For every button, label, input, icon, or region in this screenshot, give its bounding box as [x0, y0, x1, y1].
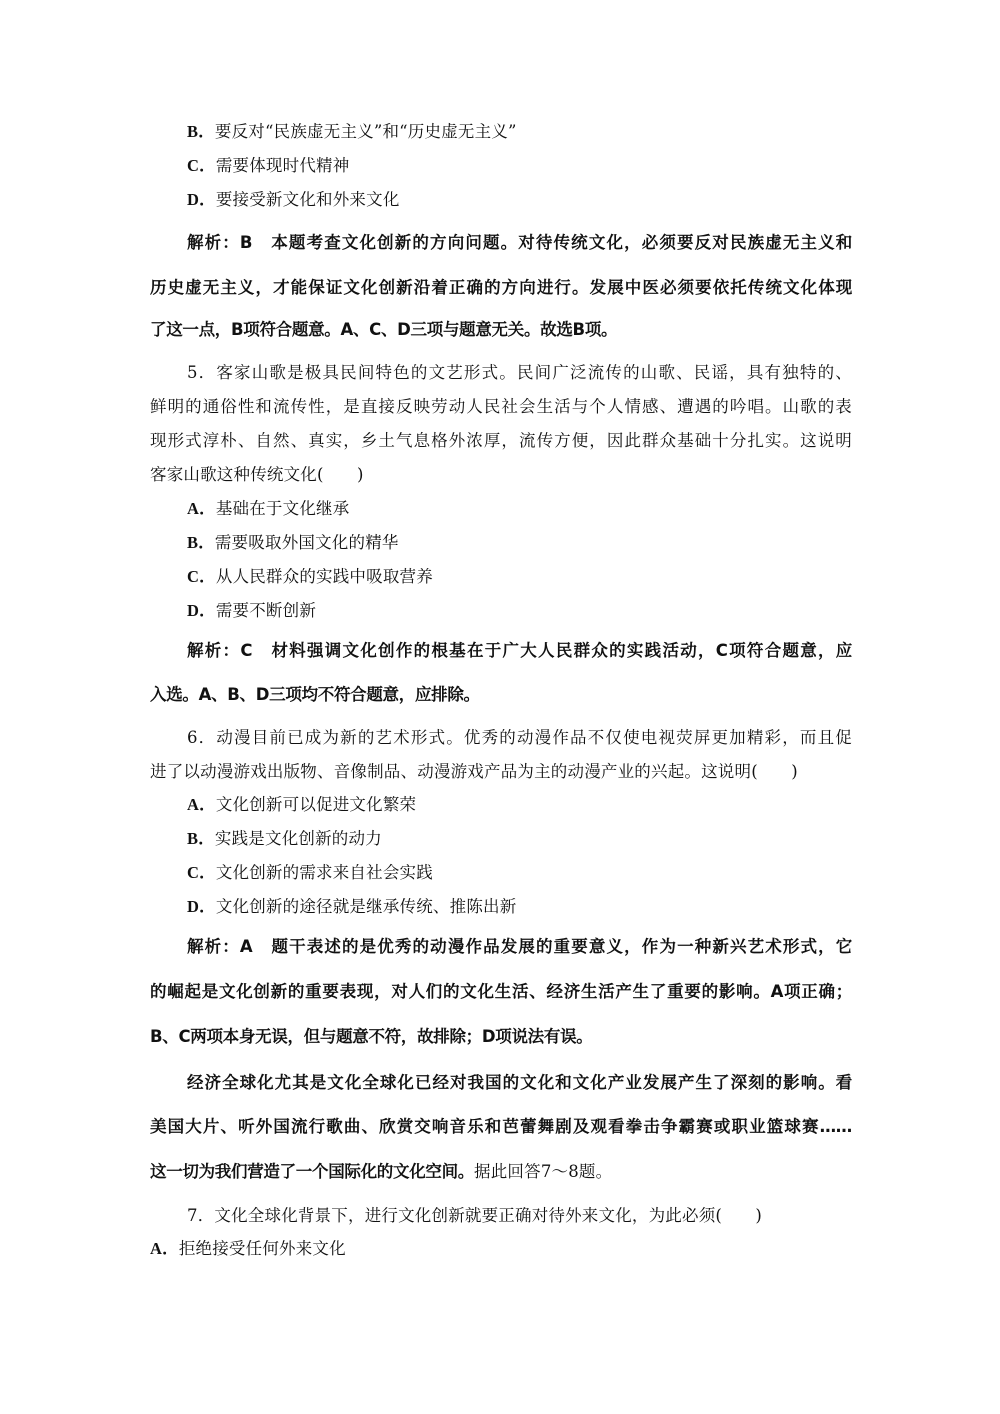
option-text: 文化创新可以促进文化繁荣 [216, 795, 416, 814]
analysis-text: 题干表述的是优秀的动漫作品发展的重要意义，作为一种新兴艺术形式，它 [271, 937, 852, 956]
analysis-label: 解析：A [187, 937, 252, 956]
option-key: B． [187, 533, 215, 552]
option-text: 需要吸取外国文化的精华 [215, 533, 399, 552]
option-text: 要反对“民族虚无主义”和“历史虚无主义” [215, 122, 517, 141]
q4-option-b: B．要反对“民族虚无主义”和“历史虚无主义” [187, 121, 852, 143]
option-text: 从人民群众的实践中吸取营养 [216, 567, 433, 586]
q5-option-a: A．基础在于文化继承 [187, 498, 852, 520]
analysis-text: 材料强调文化创作的根基在于广大人民群众的实践活动，C项符合题意，应 [271, 641, 852, 660]
q5-stem-line-3: 现形式淳朴、自然、真实，乡土气息格外浓厚，流传方便，因此群众基础十分扎实。这说明 [150, 430, 852, 452]
option-text: 实践是文化创新的动力 [215, 829, 382, 848]
q4-analysis-line-1: 解析：B 本题考查文化创新的方向问题。对待传统文化，必须要反对民族虚无主义和 [187, 232, 852, 254]
q6-stem-line-1: 6．动漫目前已成为新的艺术形式。优秀的动漫作品不仅使电视荧屏更加精彩，而且促 [187, 727, 852, 749]
q5-option-d: D．需要不断创新 [187, 600, 852, 622]
q6-option-c: C．文化创新的需求来自社会实践 [187, 862, 852, 884]
analysis-label: 解析：B [187, 233, 252, 252]
q6-analysis-line-1: 解析：A 题干表述的是优秀的动漫作品发展的重要意义，作为一种新兴艺术形式，它 [187, 936, 852, 958]
option-key: C． [187, 156, 216, 175]
passage-instruction: 据此回答7～8题。 [474, 1162, 612, 1181]
q4-option-d: D．要接受新文化和外来文化 [187, 189, 852, 211]
option-text: 要接受新文化和外来文化 [216, 190, 400, 209]
passage-line-2: 美国大片、听外国流行歌曲、欣赏交响音乐和芭蕾舞剧及观看拳击争霸赛或职业篮球赛…… [150, 1116, 852, 1138]
q6-option-b: B．实践是文化创新的动力 [187, 828, 852, 850]
passage-line-1: 经济全球化尤其是文化全球化已经对我国的文化和文化产业发展产生了深刻的影响。看 [187, 1072, 852, 1094]
option-key: B． [187, 829, 215, 848]
option-text: 需要不断创新 [216, 601, 316, 620]
q6-analysis-line-3: B、C两项本身无误，但与题意不符，故排除；D项说法有误。 [150, 1026, 852, 1048]
option-key: A． [187, 499, 216, 518]
q4-analysis-line-2: 历史虚无主义，才能保证文化创新沿着正确的方向进行。发展中医必须要依托传统文化体现 [150, 277, 852, 299]
q5-stem-line-4: 客家山歌这种传统文化( ) [150, 464, 852, 486]
q6-analysis-line-2: 的崛起是文化创新的重要表现，对人们的文化生活、经济生活产生了重要的影响。A项正确… [150, 981, 852, 1003]
q5-analysis-line-1: 解析：C 材料强调文化创作的根基在于广大人民群众的实践活动，C项符合题意，应 [187, 640, 852, 662]
option-key: C． [187, 863, 216, 882]
q5-analysis-line-2: 入选。A、B、D三项均不符合题意，应排除。 [150, 684, 852, 706]
option-text: 拒绝接受任何外来文化 [179, 1239, 346, 1258]
option-text: 文化创新的途径就是继承传统、推陈出新 [216, 897, 517, 916]
passage-line-3: 这一切为我们营造了一个国际化的文化空间。据此回答7～8题。 [150, 1161, 852, 1183]
q6-option-d: D．文化创新的途径就是继承传统、推陈出新 [187, 896, 852, 918]
option-key: A． [150, 1239, 179, 1258]
q6-stem-line-2: 进了以动漫游戏出版物、音像制品、动漫游戏产品为主的动漫产业的兴起。这说明( ) [150, 761, 852, 783]
q6-option-a: A．文化创新可以促进文化繁荣 [187, 794, 852, 816]
option-key: A． [187, 795, 216, 814]
analysis-label: 解析：C [187, 641, 252, 660]
q7-stem: 7．文化全球化背景下，进行文化创新就要正确对待外来文化，为此必须( ) [187, 1205, 852, 1227]
option-key: C． [187, 567, 216, 586]
q4-option-c: C．需要体现时代精神 [187, 155, 852, 177]
option-text: 文化创新的需求来自社会实践 [216, 863, 433, 882]
passage-text: 这一切为我们营造了一个国际化的文化空间。 [150, 1162, 474, 1181]
q5-stem-line-1: 5．客家山歌是极具民间特色的文艺形式。民间广泛流传的山歌、民谣，具有独特的、 [187, 362, 852, 384]
q5-stem-line-2: 鲜明的通俗性和流传性，是直接反映劳动人民社会生活与个人情感、遭遇的吟唱。山歌的表 [150, 396, 852, 418]
option-key: D． [187, 190, 216, 209]
option-key: B． [187, 122, 215, 141]
q4-analysis-line-3: 了这一点，B项符合题意。A、C、D三项与题意无关。故选B项。 [150, 319, 852, 341]
analysis-text: 本题考查文化创新的方向问题。对待传统文化，必须要反对民族虚无主义和 [271, 233, 852, 252]
option-key: D． [187, 897, 216, 916]
q5-option-b: B．需要吸取外国文化的精华 [187, 532, 852, 554]
option-text: 基础在于文化继承 [216, 499, 350, 518]
q5-option-c: C．从人民群众的实践中吸取营养 [187, 566, 852, 588]
q7-option-a: A．拒绝接受任何外来文化 [150, 1238, 852, 1260]
option-key: D． [187, 601, 216, 620]
option-text: 需要体现时代精神 [216, 156, 350, 175]
